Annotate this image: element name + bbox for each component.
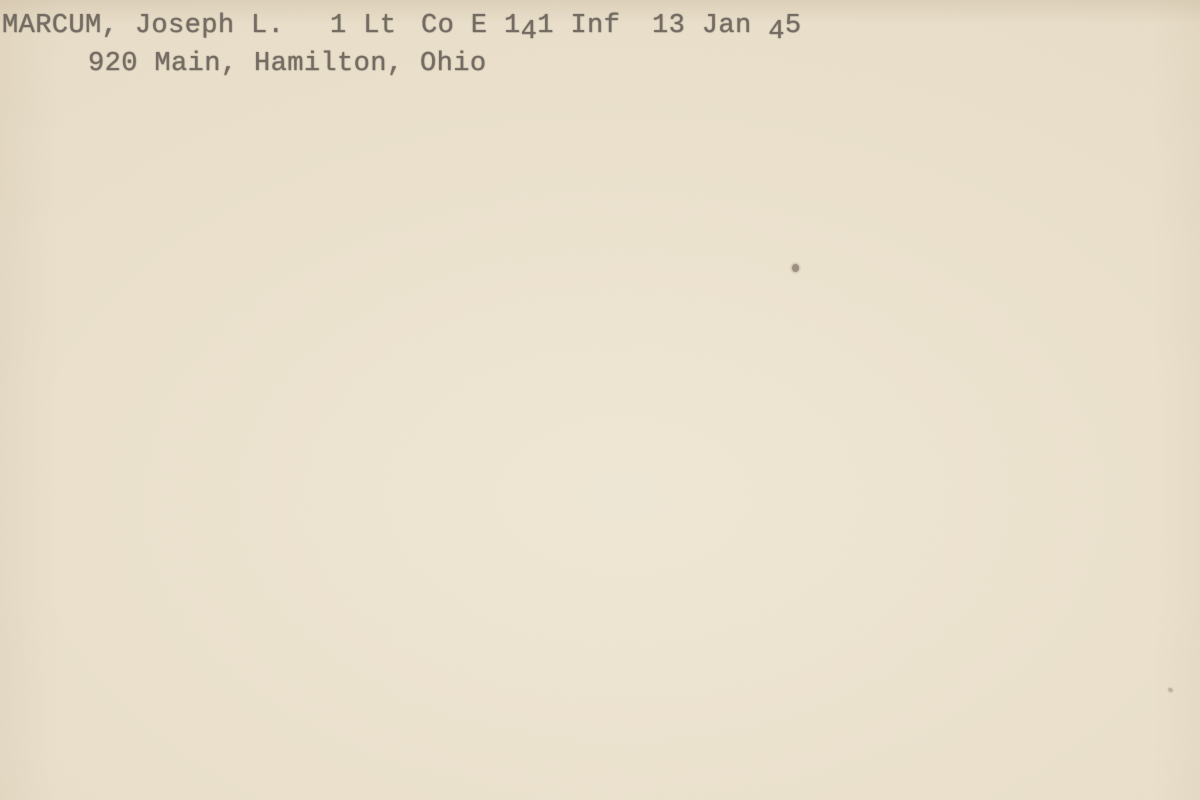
- soldier-name: MARCUM, Joseph L.: [2, 13, 284, 40]
- casualty-date: 13 Jan 45: [652, 13, 801, 40]
- unit-suffix: 1 Inf: [537, 11, 620, 41]
- date-suffix: 5: [785, 11, 802, 41]
- service-record-line: MARCUM, Joseph L. 1 Lt Co E 141 Inf 13 J…: [0, 13, 1200, 47]
- paper-speck-small: [1167, 687, 1173, 693]
- date-dropped-digit: 4: [768, 17, 785, 47]
- paper-speck: [792, 264, 799, 272]
- rank: 1 Lt: [330, 13, 396, 40]
- date-prefix: 13 Jan: [652, 11, 768, 41]
- index-card: MARCUM, Joseph L. 1 Lt Co E 141 Inf 13 J…: [0, 0, 1200, 800]
- address-line: 920 Main, Hamilton, Ohio: [88, 51, 486, 78]
- unit: Co E 141 Inf: [421, 13, 620, 40]
- unit-prefix: Co E 1: [421, 11, 521, 41]
- unit-dropped-digit: 4: [521, 17, 538, 47]
